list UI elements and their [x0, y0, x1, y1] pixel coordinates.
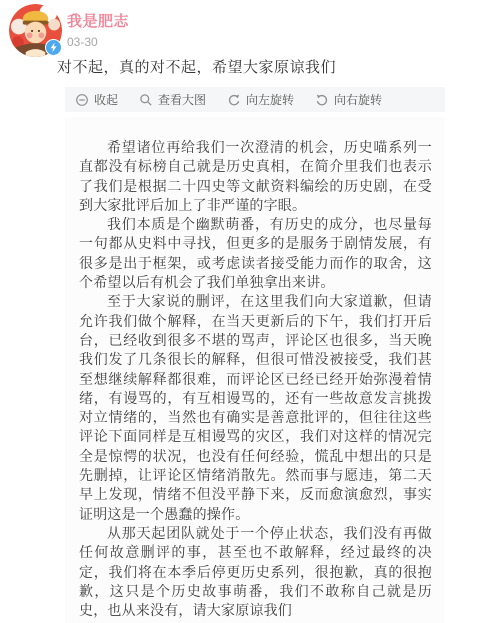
user-info: 我是肥志 03-30: [67, 10, 367, 49]
rotate-left-icon: [227, 93, 241, 107]
rotate-right-icon: [315, 93, 329, 107]
verified-badge-icon: [45, 39, 62, 56]
collapse-button[interactable]: 收起: [73, 89, 120, 110]
rotate-left-label: 向左旋转: [246, 91, 294, 108]
letter-paragraph-3: 至于大家说的删评，在这里我们向大家道歉，但请允许我们做个解释，在当天更新后的下午…: [79, 292, 432, 524]
collapse-label: 收起: [94, 91, 118, 108]
avatar[interactable]: [8, 3, 63, 58]
collapse-icon: [75, 93, 89, 107]
letter-paragraph-1: 希望诸位再给我们一次澄清的机会，历史喵系列一直都没有标榜自己就是历史真相，在简介…: [79, 138, 432, 215]
weibo-post-page: { "user": { "name": "我是肥志", "date": "03-…: [0, 0, 500, 623]
view-large-label: 查看大图: [158, 91, 206, 108]
rotate-left-button[interactable]: 向左旋转: [225, 89, 296, 110]
post-date: 03-30: [67, 35, 367, 49]
post-text: 对不起，真的对不起，希望大家原谅我们: [57, 56, 457, 77]
letter-paragraph-4: 从那天起团队就处于一个停止状态，我们没有再做任何故意删评的事，甚至也不敢解释，经…: [79, 524, 432, 620]
image-toolbar: 收起 查看大图 向左旋转 向右旋转: [65, 87, 445, 112]
username[interactable]: 我是肥志: [67, 10, 129, 31]
view-large-button[interactable]: 查看大图: [137, 89, 208, 110]
magnifier-icon: [139, 93, 153, 107]
attached-letter-image[interactable]: 希望诸位再给我们一次澄清的机会，历史喵系列一直都没有标榜自己就是历史真相，在简介…: [65, 117, 445, 623]
rotate-right-button[interactable]: 向右旋转: [313, 89, 384, 110]
letter-paragraph-2: 我们本质是个幽默萌番，有历史的成分，也尽量每一句都从史料中寻找，但更多的是服务于…: [79, 215, 432, 292]
rotate-right-label: 向右旋转: [334, 91, 382, 108]
